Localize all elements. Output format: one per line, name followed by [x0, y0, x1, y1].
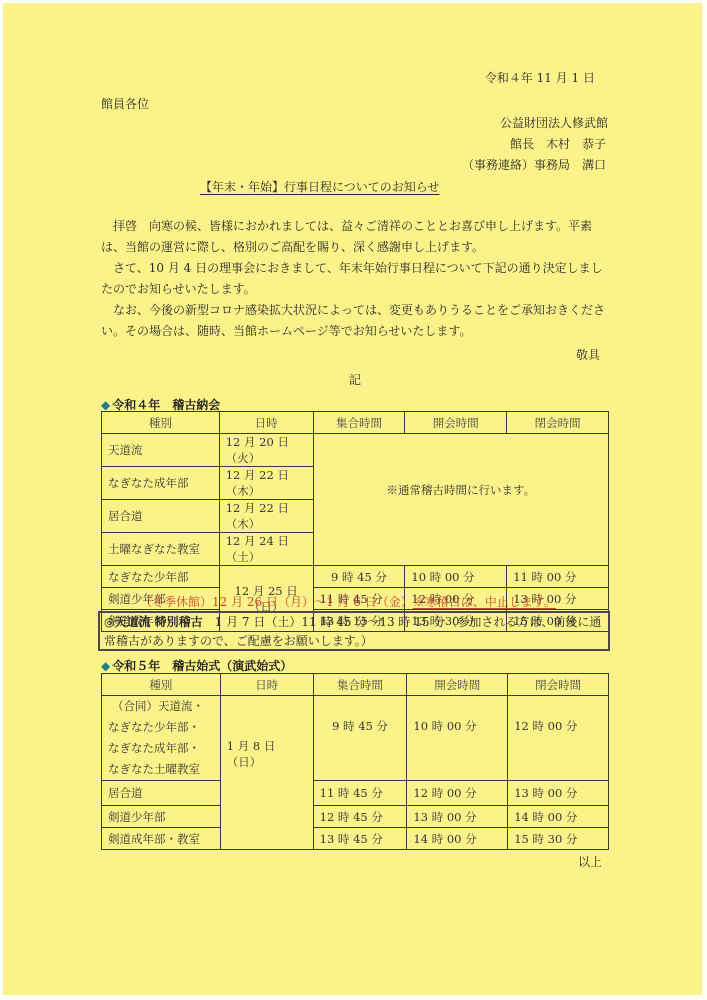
- cell-open: 10 時 00 分: [407, 696, 508, 781]
- type-line: なぎなた少年部・: [108, 717, 214, 738]
- table-row: 剣道成年部・教室 13 時 45 分 14 時 00 分 15 時 30 分: [102, 828, 609, 850]
- cell-type: 居合道: [102, 500, 220, 533]
- letter-date: 令和４年 11 月 1 日: [400, 71, 595, 85]
- cell-type: 剣道少年部: [102, 806, 221, 828]
- winter-closure-notice: （冬季休館）12 月 26 日（月）～1 月 6 日（金）※寒稽古は、中止します…: [140, 593, 556, 610]
- cell-date: 12 月 24 日（土）: [219, 533, 313, 566]
- table-row: 天道流 12 月 20 日（火） ※通常稽古時間に行います。: [102, 434, 609, 467]
- section2-heading-text: 令和５年 稽古始式（演武始式）: [112, 659, 292, 673]
- col-header-open: 開会時間: [407, 674, 508, 696]
- schedule-table-hajimeshiki: 種別 日時 集合時間 開会時間 閉会時間 （合同）天道流・ なぎなた少年部・ な…: [101, 673, 609, 850]
- closing-ijou: 以上: [578, 855, 602, 869]
- cell-gather: 9 時 45 分: [313, 696, 407, 781]
- cell-type: 土曜なぎなた教室: [102, 533, 220, 566]
- type-line: なぎなた土曜教室: [108, 759, 214, 780]
- table-header-row: 種別 日時 集合時間 開会時間 閉会時間: [102, 412, 609, 434]
- cell-normal-time-note: ※通常稽古時間に行います。: [313, 434, 608, 566]
- cell-open: 13 時 00 分: [407, 806, 508, 828]
- table-row: （合同）天道流・ なぎなた少年部・ なぎなた成年部・ なぎなた土曜教室 1 月 …: [102, 696, 609, 781]
- cell-close: 15 時 30 分: [508, 828, 609, 850]
- paragraph-covid-notice: なお、今後の新型コロナ感染拡大状況によっては、変更もありうることをご承知おきくだ…: [101, 300, 611, 342]
- col-header-close: 閉会時間: [507, 412, 609, 434]
- special-training-box: ◎天道流 特別稽古 1 月 7 日（土）11 時 45 分～13 時 15 分（…: [98, 611, 610, 651]
- type-line: なぎなた成年部・: [108, 738, 214, 759]
- closure-period: （冬季休館）12 月 26 日（月）～1 月 6 日（金）: [140, 595, 413, 609]
- closing-keigu: 敬具: [576, 348, 600, 362]
- cell-type: 天道流: [102, 434, 220, 467]
- col-header-type: 種別: [102, 674, 221, 696]
- diamond-bullet-icon: ◆: [101, 398, 110, 412]
- table-row: 居合道 11 時 45 分 12 時 00 分 13 時 00 分: [102, 781, 609, 806]
- paragraph-decision: さて、10 月 4 日の理事会におきまして、年末年始行事日程について下記の通り決…: [101, 258, 611, 300]
- cell-close: 13 時 00 分: [508, 781, 609, 806]
- cell-open: 12 時 00 分: [407, 781, 508, 806]
- col-header-date: 日時: [219, 412, 313, 434]
- cell-open: 10 時 00 分: [405, 566, 507, 588]
- col-header-open: 開会時間: [405, 412, 507, 434]
- table-header-row: 種別 日時 集合時間 開会時間 閉会時間: [102, 674, 609, 696]
- cell-gather: 12 時 45 分: [313, 806, 407, 828]
- cell-type: なぎなた少年部: [102, 566, 220, 588]
- cell-open: 14 時 00 分: [407, 828, 508, 850]
- cell-date: 1 月 8 日 （日）: [220, 696, 313, 850]
- table-row: なぎなた少年部 12 月 25 日（日） 9 時 45 分 10 時 00 分 …: [102, 566, 609, 588]
- type-line: （合同）天道流・: [108, 696, 214, 717]
- cell-gather: 11 時 45 分: [313, 781, 407, 806]
- cell-date: 12 月 22 日（木）: [219, 467, 313, 500]
- cell-gather: 13 時 45 分: [313, 828, 407, 850]
- table-row: 剣道少年部 12 時 45 分 13 時 00 分 14 時 00 分: [102, 806, 609, 828]
- cell-close: 11 時 00 分: [507, 566, 609, 588]
- cell-type: 居合道: [102, 781, 221, 806]
- diamond-bullet-icon: ◆: [101, 659, 110, 673]
- col-header-date: 日時: [220, 674, 313, 696]
- cell-type: なぎなた成年部: [102, 467, 220, 500]
- letter-title: 【年末・年始】行事日程についてのお知らせ: [200, 180, 439, 194]
- cell-close: 12 時 00 分: [508, 696, 609, 781]
- section1-heading-text: 令和４年 稽古納会: [112, 398, 220, 412]
- paragraph-greeting: 拝啓 向寒の候、皆様におかれましては、益々ご清祥のこととお喜び申し上げます。平素…: [101, 216, 611, 258]
- col-header-close: 閉会時間: [508, 674, 609, 696]
- cell-type: 剣道成年部・教室: [102, 828, 221, 850]
- cell-gather: 9 時 45 分: [313, 566, 405, 588]
- sender-org: 公益財団法人修武館: [400, 116, 608, 130]
- cell-close: 14 時 00 分: [508, 806, 609, 828]
- section2-heading: ◆令和５年 稽古始式（演武始式）: [101, 657, 292, 674]
- ki-marker: 記: [349, 373, 361, 387]
- cell-date: 12 月 22 日（木）: [219, 500, 313, 533]
- cell-date: 12 月 20 日（火）: [219, 434, 313, 467]
- cold-training-cancel-warning: ※寒稽古は、中止します。: [413, 595, 556, 609]
- cell-type-joint: （合同）天道流・ なぎなた少年部・ なぎなた成年部・ なぎなた土曜教室: [102, 696, 221, 781]
- special-training-label: ◎天道流 特別稽古: [104, 615, 203, 629]
- sender-director: 館長 木村 恭子: [400, 137, 606, 151]
- addressee: 館員各位: [101, 97, 149, 111]
- col-header-gather: 集合時間: [313, 412, 405, 434]
- sender-contact: （事務連絡）事務局 溝口: [400, 158, 606, 172]
- col-header-gather: 集合時間: [313, 674, 407, 696]
- col-header-type: 種別: [102, 412, 220, 434]
